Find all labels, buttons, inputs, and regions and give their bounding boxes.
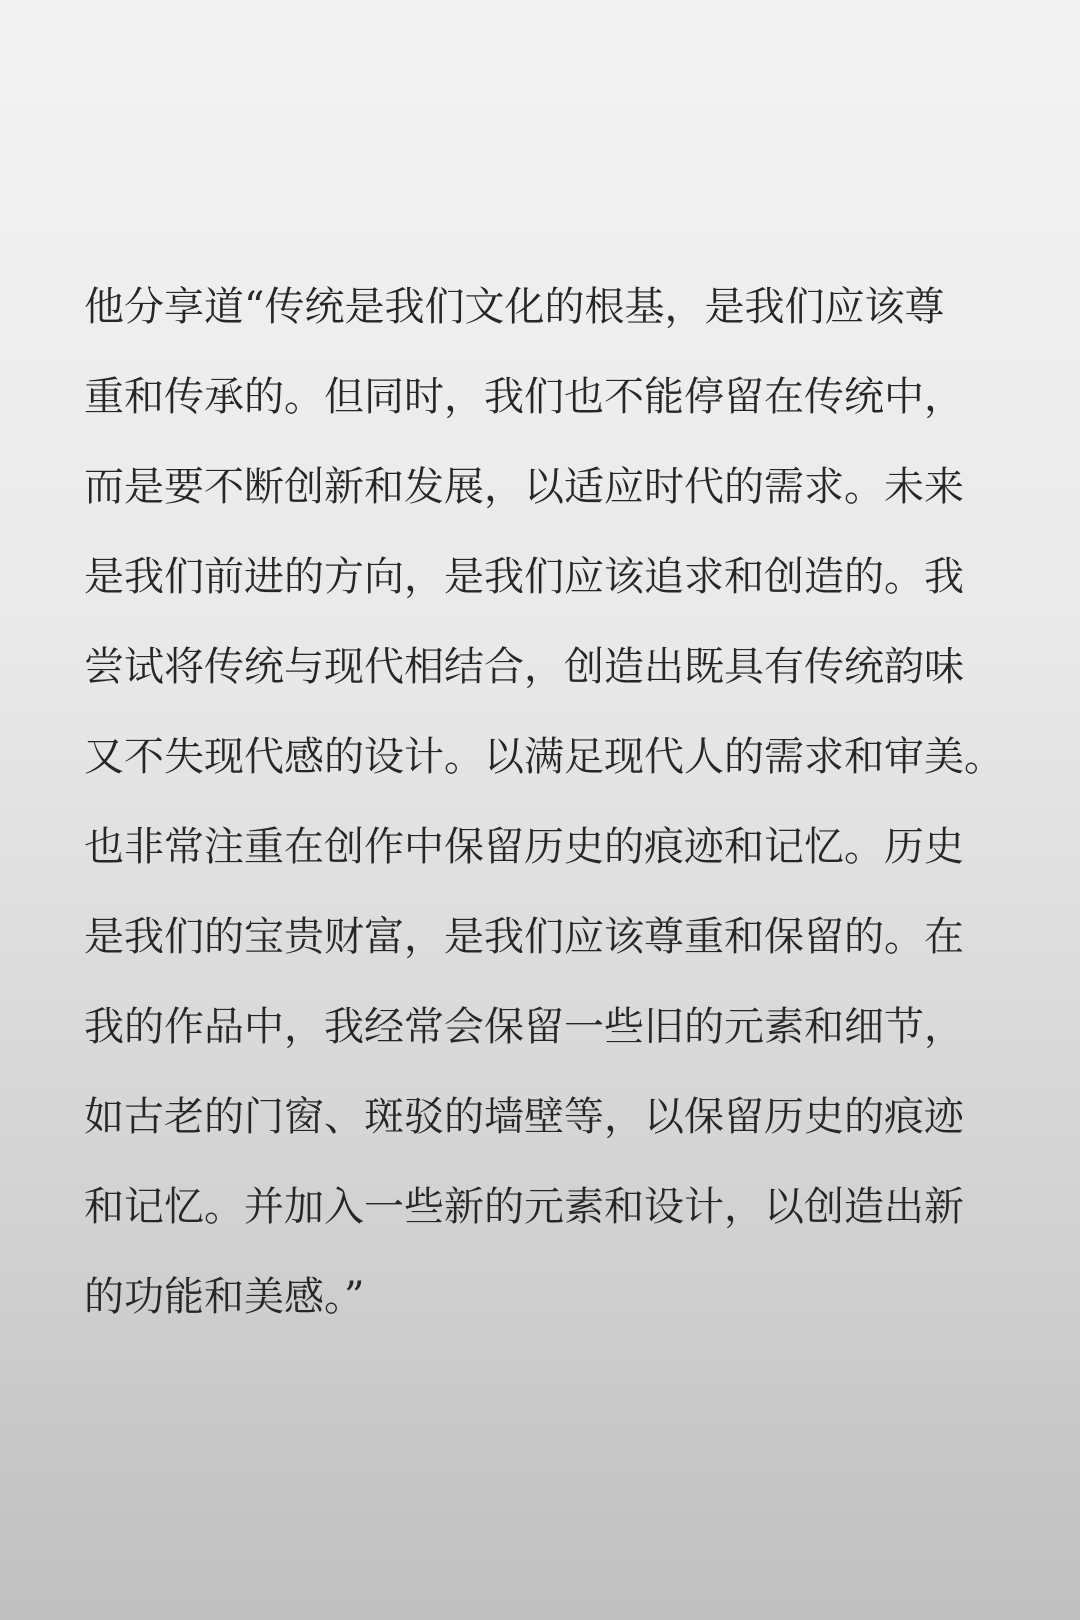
quote-paragraph: 他分享道“传统是我们文化的根基，是我们应该尊 重和传承的。但同时，我们也不能停留… — [84, 262, 1024, 1342]
quote-line-11: 和记忆。并加入一些新的元素和设计，以创造出新 — [84, 1162, 1024, 1252]
quote-line-2: 重和传承的。但同时，我们也不能停留在传统中， — [84, 352, 1024, 442]
quote-line-9: 我的作品中，我经常会保留一些旧的元素和细节， — [84, 982, 1024, 1072]
quote-line-8: 是我们的宝贵财富，是我们应该尊重和保留的。在 — [84, 892, 1024, 982]
quote-line-4: 是我们前进的方向，是我们应该追求和创造的。我 — [84, 532, 1024, 622]
quote-line-10: 如古老的门窗、斑驳的墙壁等，以保留历史的痕迹 — [84, 1072, 1024, 1162]
quote-line-5: 尝试将传统与现代相结合，创造出既具有传统韵味 — [84, 622, 1024, 712]
quote-line-1: 他分享道“传统是我们文化的根基，是我们应该尊 — [84, 262, 1024, 352]
quote-line-6: 又不失现代感的设计。以满足现代人的需求和审美。 — [84, 712, 1024, 802]
quote-line-7: 也非常注重在创作中保留历史的痕迹和记忆。历史 — [84, 802, 1024, 892]
quote-line-12: 的功能和美感。” — [84, 1252, 1024, 1342]
quote-line-3: 而是要不断创新和发展，以适应时代的需求。未来 — [84, 442, 1024, 532]
